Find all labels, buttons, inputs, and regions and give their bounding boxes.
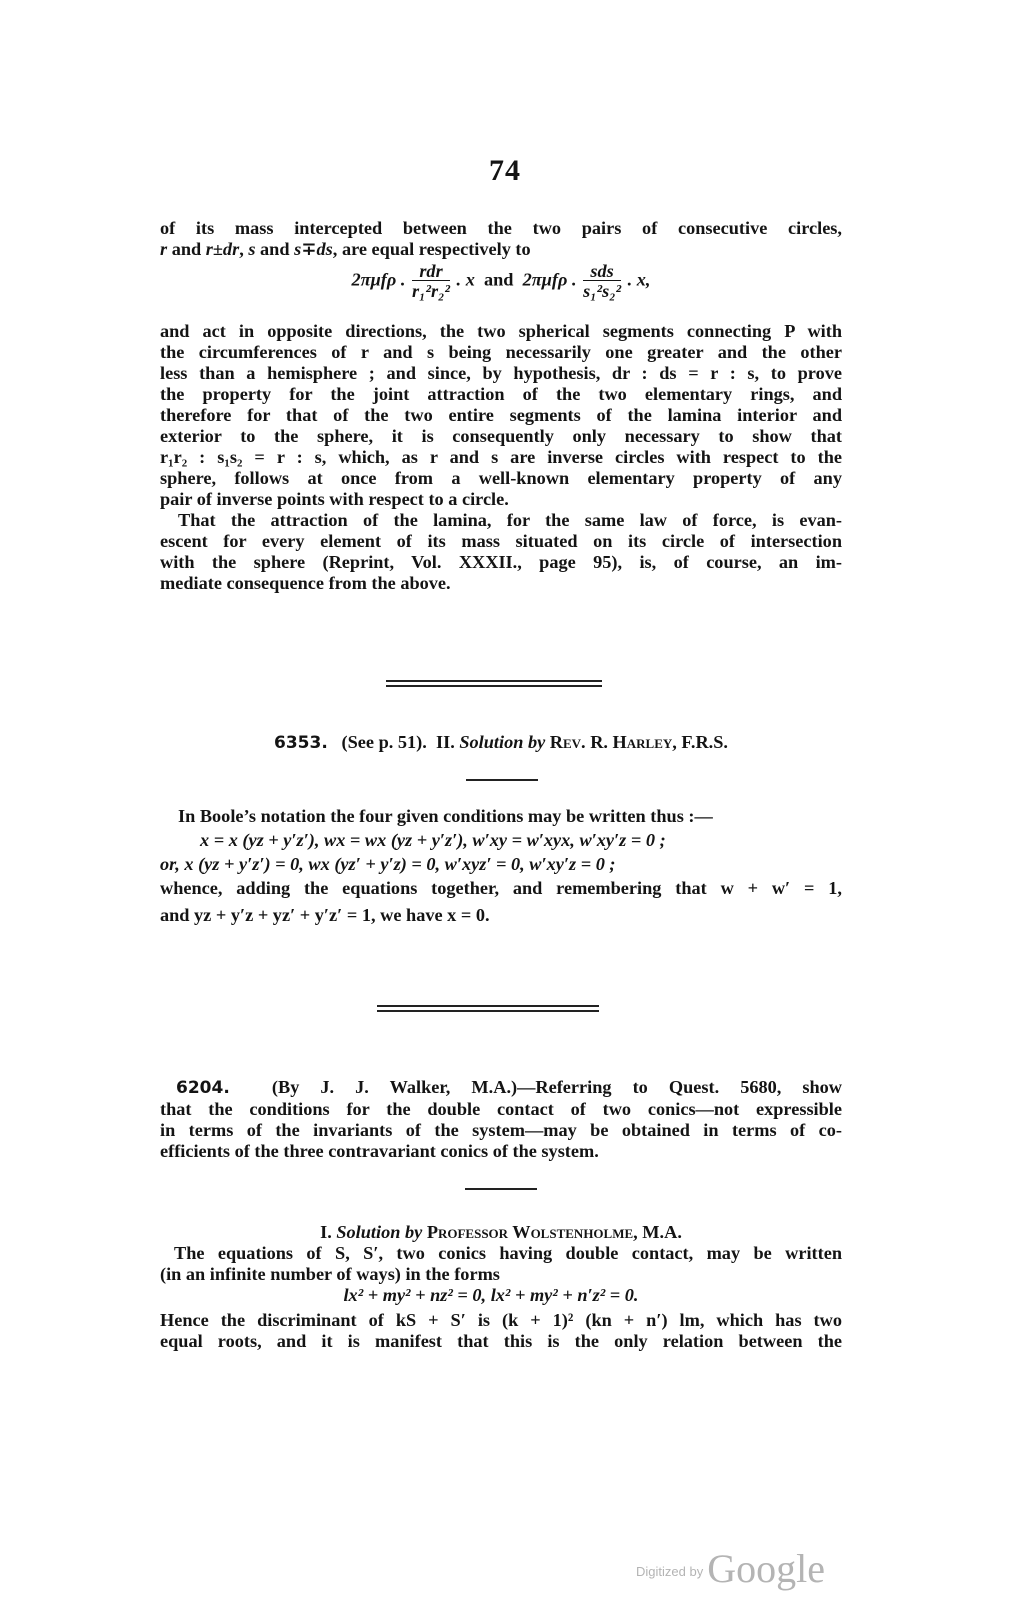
- text-line: pair of inverse points with respect to a…: [160, 489, 842, 510]
- equation-line: lx² + my² + nz² = 0, lx² + my² + n′z² = …: [160, 1285, 842, 1306]
- question-number: 6353.: [274, 733, 328, 753]
- text-line: Hence the discriminant of kS + S′ is (k …: [160, 1310, 842, 1331]
- double-rule-divider: [377, 1005, 599, 1012]
- text-line: efficients of the three contravariant co…: [160, 1141, 842, 1162]
- solution-part: II.: [436, 732, 455, 752]
- equation-line: or, x (yz + y′z′) = 0, wx (yz′ + y′z) = …: [160, 854, 842, 875]
- digitized-by-google-watermark: Digitized by Google: [636, 1545, 825, 1592]
- equation-line: x = x (yz + y′z′), wx = wx (yz + y′z′), …: [160, 830, 842, 851]
- text-line: r₁r₂ : s₁s₂ = r : s, which, as r and s a…: [160, 447, 842, 468]
- question-6204-solution-heading: I. Solution by Professor Wolstenholme, M…: [160, 1222, 842, 1243]
- fraction: rdr r₁²r₂²: [412, 262, 450, 301]
- question-number: 6204.: [176, 1078, 230, 1098]
- text-line: the property for the joint attraction of…: [160, 384, 842, 405]
- question-reference: (See p. 51).: [342, 732, 427, 752]
- fraction-numerator: rdr: [412, 262, 450, 281]
- formula-prefix: 2πμfρ .: [352, 270, 406, 290]
- double-rule-divider: [386, 680, 602, 687]
- text-line: equal roots, and it is manifest that thi…: [160, 1331, 842, 1352]
- solution-by-label: Solution by: [336, 1222, 422, 1242]
- question-6353-heading: 6353. (See p. 51). II. Solution by Rev. …: [160, 732, 842, 753]
- formula-suffix: . x,: [628, 270, 651, 290]
- text-line: the circumferences of r and s being nece…: [160, 342, 842, 363]
- text-line: In Boole’s notation the four given condi…: [160, 806, 842, 827]
- question-6353-solution: In Boole’s notation the four given condi…: [160, 806, 842, 926]
- continuation-intro: of its mass intercepted between the two …: [160, 218, 842, 260]
- text-line: escent for every element of its mass sit…: [160, 531, 842, 552]
- question-text: (By J. J. Walker, M.A.)—Referring to Que…: [272, 1077, 842, 1097]
- text-line: r and r±dr, s and s∓ds, are equal respec…: [160, 239, 842, 260]
- formula-prefix: 2πμfρ .: [523, 270, 577, 290]
- page-number: 74: [0, 154, 1010, 188]
- solution-author: Rev. R. Harley, F.R.S.: [550, 732, 728, 752]
- google-logo-text: Google: [707, 1546, 825, 1591]
- watermark-prefix: Digitized by: [636, 1564, 703, 1579]
- text-line: less than a hemisphere ; and since, by h…: [160, 363, 842, 384]
- formula-attraction: 2πμfρ . rdr r₁²r₂² . x and 2πμfρ . sds s…: [160, 262, 842, 301]
- text-line: 6204. (By J. J. Walker, M.A.)—Referring …: [160, 1077, 842, 1099]
- fraction: sds s₁²s₂²: [583, 262, 621, 301]
- text-line: in terms of the invariants of the system…: [160, 1120, 842, 1141]
- text-line: with the sphere (Reprint, Vol. XXXII., p…: [160, 552, 842, 573]
- solution-part: I.: [320, 1222, 332, 1242]
- solution-by-label: Solution by: [459, 732, 545, 752]
- formula-and: and: [484, 270, 513, 290]
- question-6204-statement: 6204. (By J. J. Walker, M.A.)—Referring …: [160, 1077, 842, 1162]
- text-line: that the conditions for the double conta…: [160, 1099, 842, 1120]
- question-6204-solution: The equations of S, S′, two conics havin…: [160, 1243, 842, 1352]
- text-line: (in an infinite number of ways) in the f…: [160, 1264, 842, 1285]
- solution-author: Professor Wolstenholme, M.A.: [427, 1222, 682, 1242]
- formula-suffix: . x: [457, 270, 475, 290]
- text-line: mediate consequence from the above.: [160, 573, 842, 594]
- paragraph-evanescent: That the attraction of the lamina, for t…: [160, 510, 842, 594]
- text-line: and act in opposite directions, the two …: [160, 321, 842, 342]
- text-line: whence, adding the equations together, a…: [160, 878, 842, 899]
- text-line: sphere, follows at once from a well-know…: [160, 468, 842, 489]
- paragraph-proof: and act in opposite directions, the two …: [160, 321, 842, 510]
- text-line: The equations of S, S′, two conics havin…: [160, 1243, 842, 1264]
- text-line: That the attraction of the lamina, for t…: [160, 510, 842, 531]
- fraction-denominator: s₁²s₂²: [583, 281, 621, 301]
- text-line: exterior to the sphere, it is consequent…: [160, 426, 842, 447]
- short-rule-divider: [465, 1188, 537, 1190]
- short-rule-divider: [466, 779, 538, 781]
- text-line: and yz + y′z + yz′ + y′z′ = 1, we have x…: [160, 905, 842, 926]
- fraction-numerator: sds: [583, 262, 621, 281]
- text-line: of its mass intercepted between the two …: [160, 218, 842, 239]
- fraction-denominator: r₁²r₂²: [412, 281, 450, 301]
- text-line: therefore for that of the two entire seg…: [160, 405, 842, 426]
